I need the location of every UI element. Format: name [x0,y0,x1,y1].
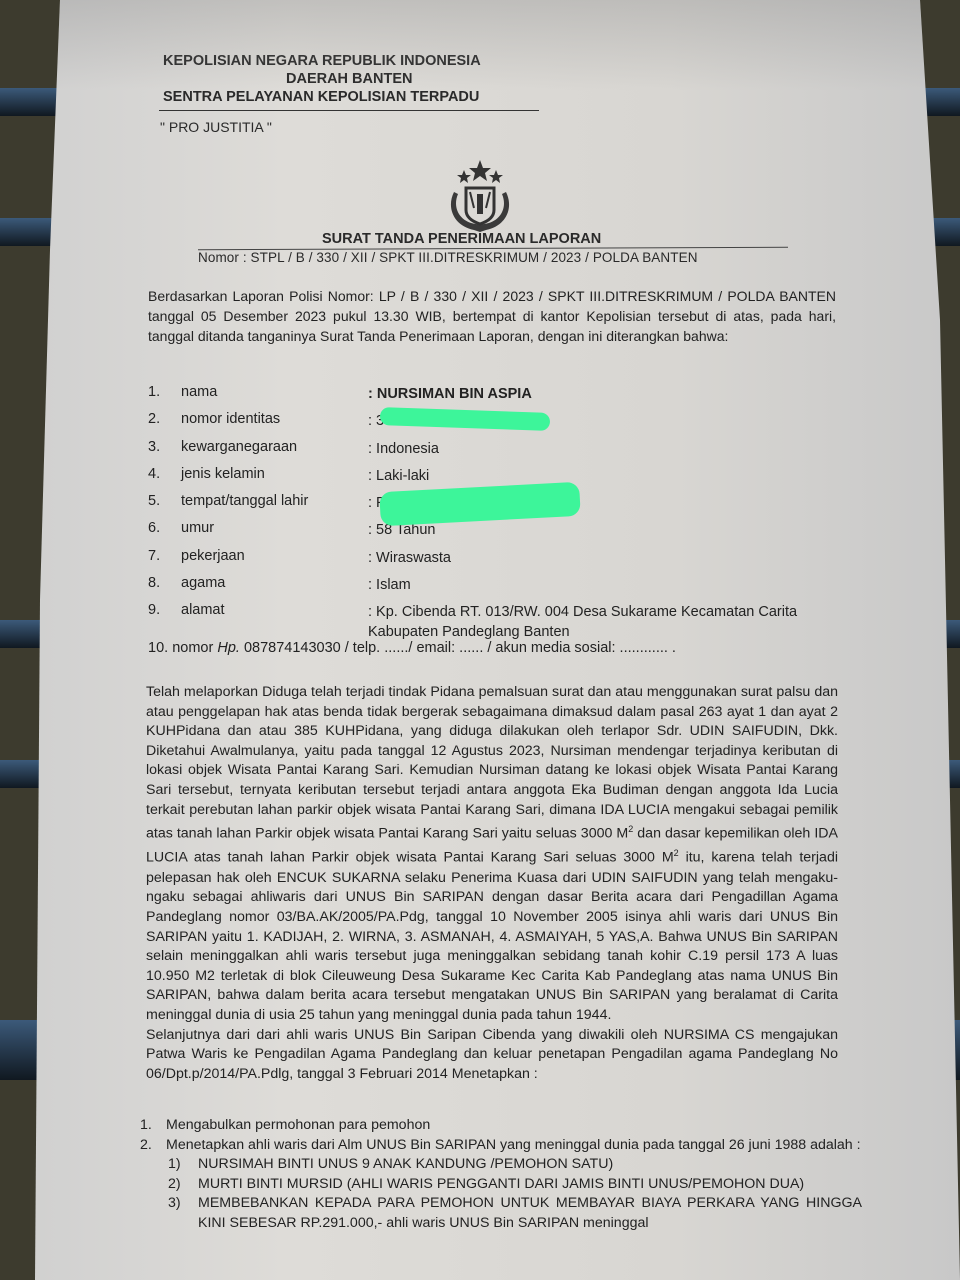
report-paragraph-1: Telah melaporkan Diduga telah terjadi ti… [146,683,838,1026]
field-row-jenis-kelamin: 4. jenis kelamin : Laki-laki [148,466,828,493]
letterhead-line1: KEPOLISIAN NEGARA REPUBLIK INDONESIA [163,52,481,70]
decision-item: 1.Mengabulkan permohonan para pemohon [140,1116,862,1136]
document-number: Nomor : STPL / B / 330 / XII / SPKT III.… [198,250,698,265]
field-row-nomor-identitas: 2. nomor identitas : 3c [148,411,828,438]
field-row-pekerjaan: 7. pekerjaan : Wiraswasta [148,548,828,575]
redaction-mark-identity [380,407,551,431]
field-row-agama: 8. agama : Islam [148,575,828,602]
police-crest-icon [440,158,520,238]
field-row-alamat: 9. alamat : Kp. Cibenda RT. 013/RW. 004 … [148,602,828,640]
decision-item: 2.Menetapkan ahli waris dari Alm UNUS Bi… [140,1136,862,1156]
redaction-mark-birth [379,482,581,526]
reporter-fields: 1. nama : NURSIMAN BIN ASPIA 2. nomor id… [148,384,828,640]
pro-justitia: " PRO JUSTITIA " [160,119,272,135]
document-paper: KEPOLISIAN NEGARA REPUBLIK INDONESIA DAE… [0,0,960,1280]
heir-item: 2)MURTI BINTI MURSID (AHLI WARIS PENGGAN… [168,1175,862,1195]
intro-paragraph: Berdasarkan Laporan Polisi Nomor: LP / B… [148,286,836,346]
field-row-umur: 6. umur : 58 Tahun [148,520,828,547]
letterhead-line3: SENTRA PELAYANAN KEPOLISIAN TERPADU [163,88,481,106]
report-body: Telah melaporkan Diduga telah terjadi ti… [146,683,838,1084]
heir-item: 1)NURSIMAH BINTI UNUS 9 ANAK KANDUNG /PE… [168,1155,862,1175]
court-decisions: 1.Mengabulkan permohonan para pemohon 2.… [140,1116,862,1234]
field-row-nama: 1. nama : NURSIMAN BIN ASPIA [148,384,828,411]
field-row-contact: 10. nomor Hp. 087874143030 / telp. .....… [148,640,676,656]
letterhead-line2: DAERAH BANTEN [163,70,481,88]
field-row-tempat-tanggal-lahir: 5. tempat/tanggal lahir : Pa [148,493,828,520]
letterhead: KEPOLISIAN NEGARA REPUBLIK INDONESIA DAE… [163,52,481,106]
heir-item: 3)MEMBEBANKAN KEPADA PARA PEMOHON UNTUK … [168,1194,862,1233]
title-rule [198,247,788,251]
field-row-kewarganegaraan: 3. kewarganegaraan : Indonesia [148,439,828,466]
report-paragraph-2: Selanjutnya dari dari ahli waris UNUS Bi… [146,1026,838,1085]
letterhead-rule [159,110,539,111]
heirs-list: 1)NURSIMAH BINTI UNUS 9 ANAK KANDUNG /PE… [140,1155,862,1233]
document-title: SURAT TANDA PENERIMAAN LAPORAN [322,231,601,247]
